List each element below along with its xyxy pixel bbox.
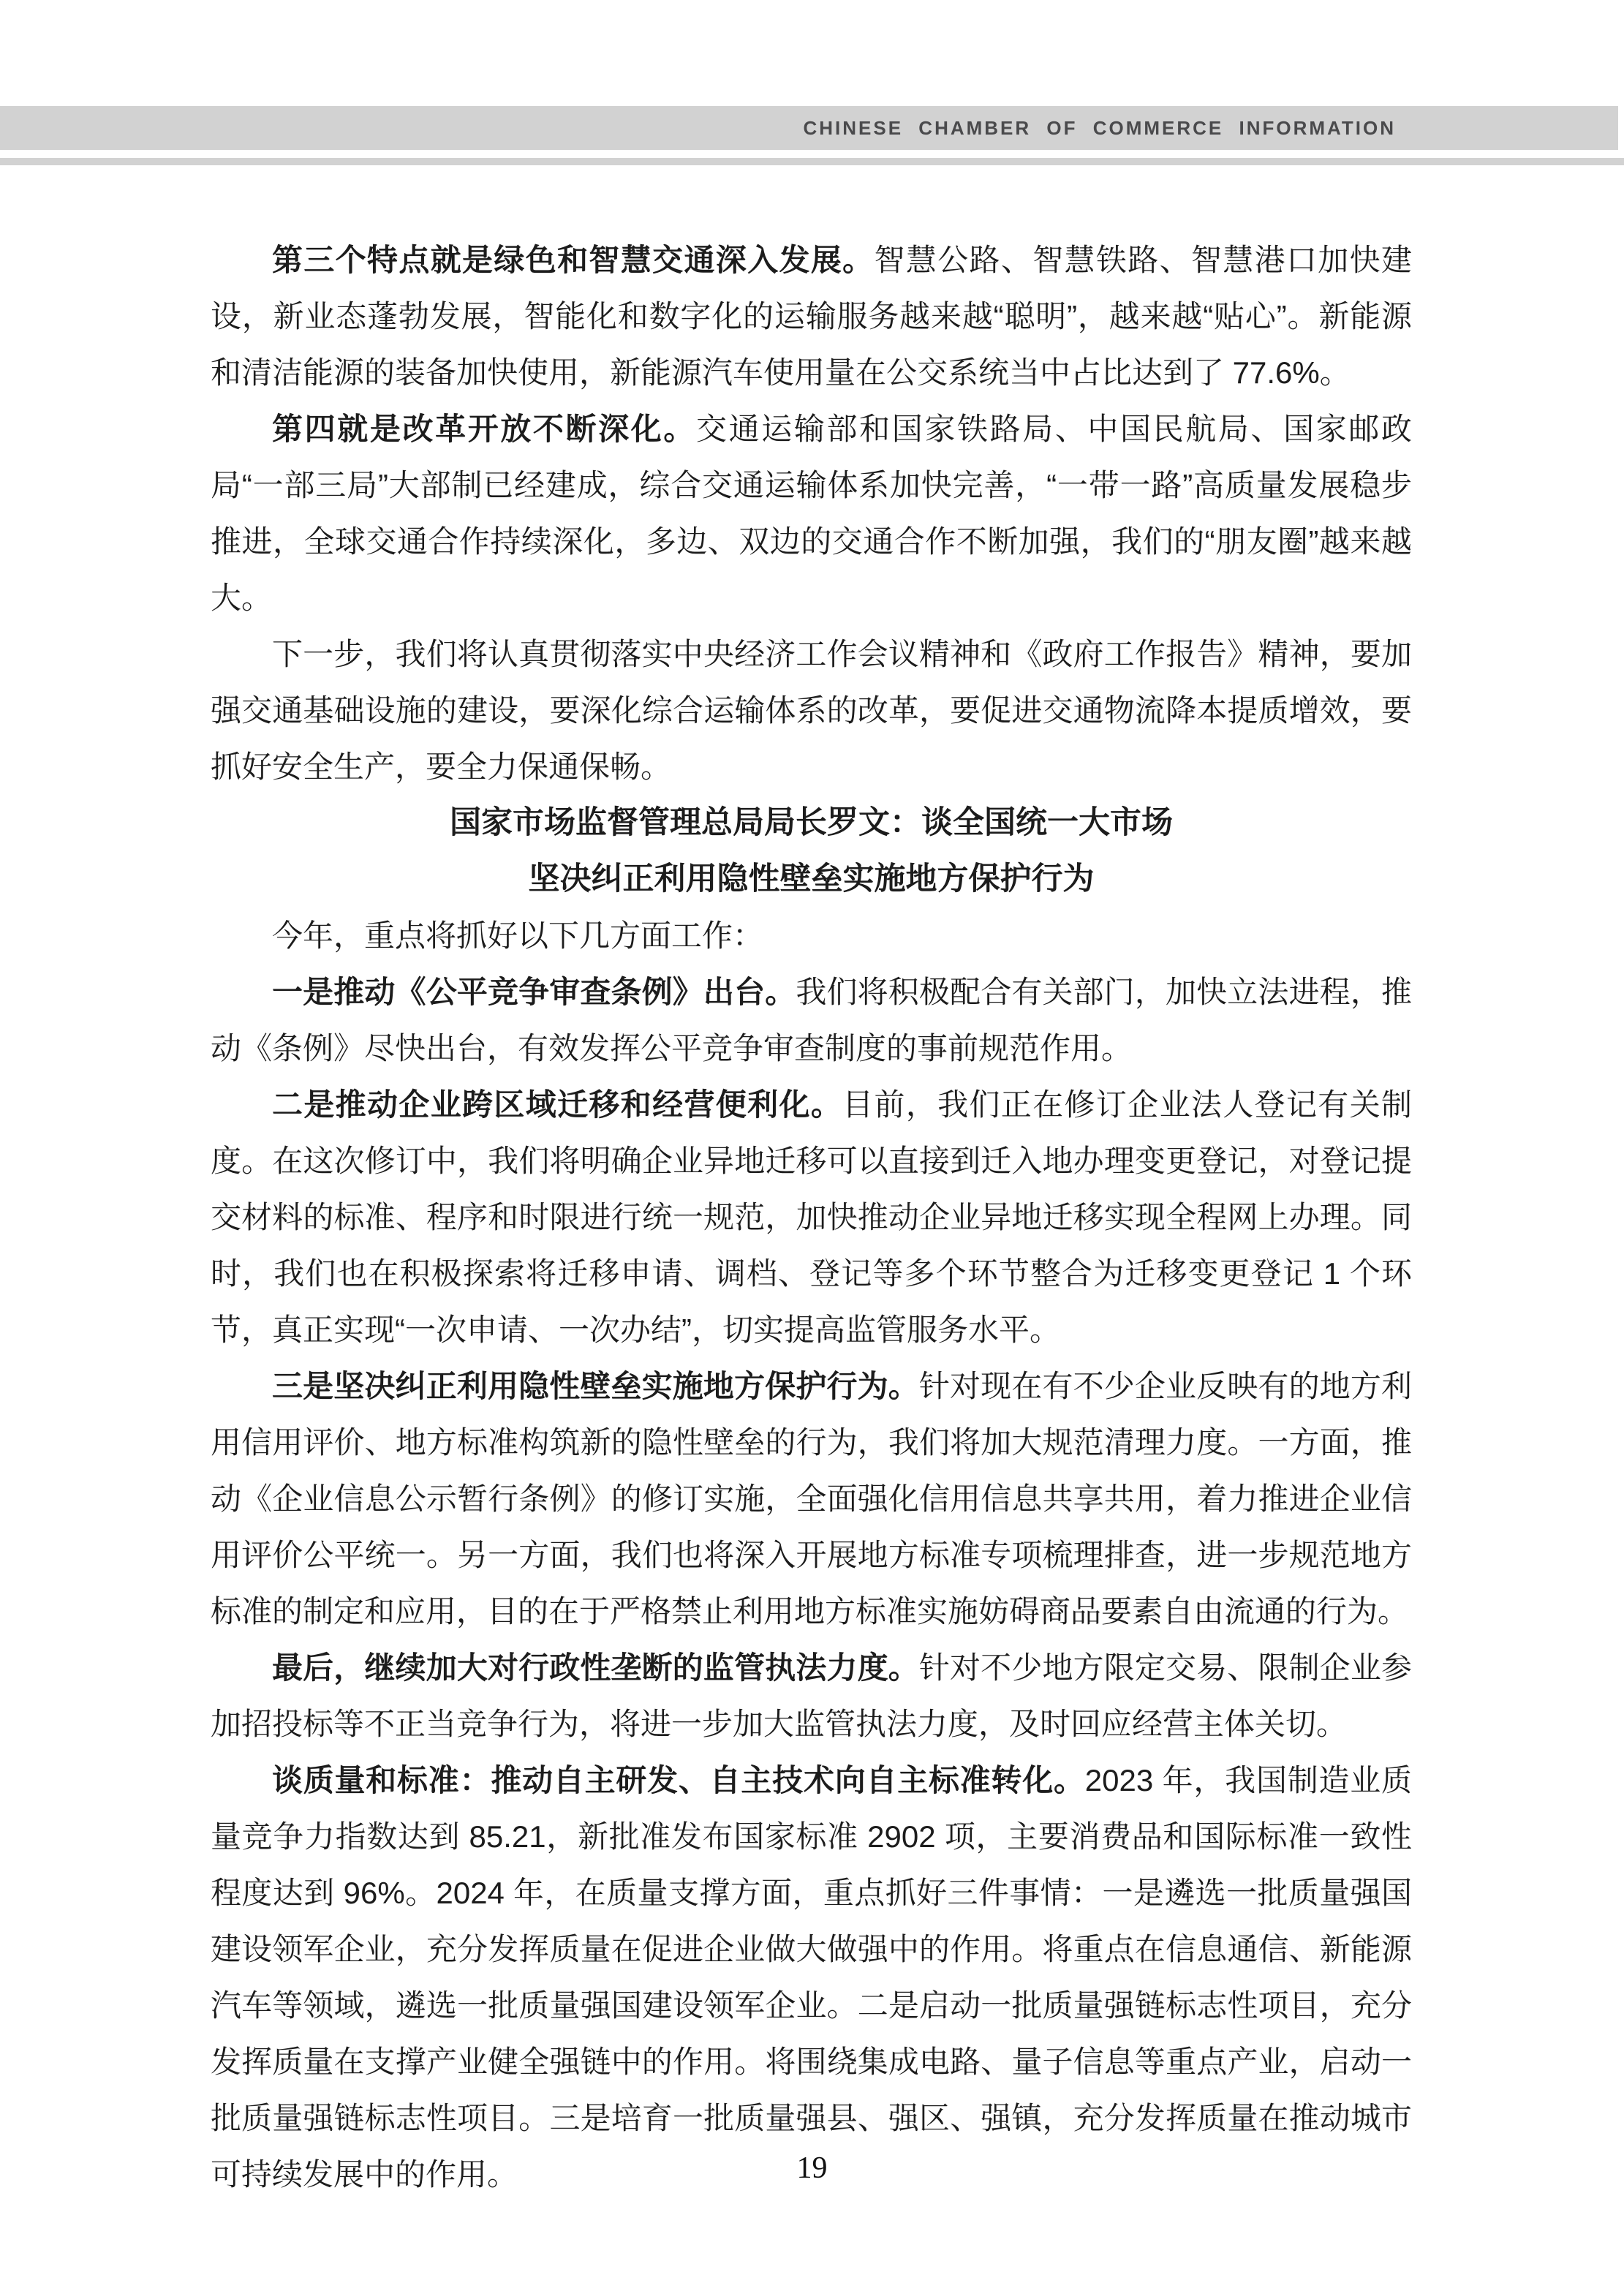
paragraph: 第四就是改革开放不断深化。交通运输部和国家铁路局、中国民航局、国家邮政局“一部三… xyxy=(211,401,1412,626)
header-banner-inner: CHINESE CHAMBER OF COMMERCE INFORMATION xyxy=(803,106,1396,150)
header-banner-title: CHINESE CHAMBER OF COMMERCE INFORMATION xyxy=(803,117,1396,140)
paragraph-text: 下一步，我们将认真贯彻落实中央经济工作会议精神和《政府工作报告》精神，要加强交通… xyxy=(211,637,1412,784)
paragraph-text: 2023 年，我国制造业质量竞争力指数达到 85.21，新批准发布国家标准 29… xyxy=(211,1763,1412,2192)
paragraph: 下一步，我们将认真贯彻落实中央经济工作会议精神和《政府工作报告》精神，要加强交通… xyxy=(211,626,1412,795)
paragraph: 第三个特点就是绿色和智慧交通深入发展。智慧公路、智慧铁路、智慧港口加快建设，新业… xyxy=(211,232,1412,401)
paragraph-lead: 第三个特点就是绿色和智慧交通深入发展。 xyxy=(272,243,875,277)
document-page: CHINESE CHAMBER OF COMMERCE INFORMATION … xyxy=(0,0,1624,2272)
paragraph: 三是坚决纠正利用隐性壁垒实施地方保护行为。针对现在有不少企业反映有的地方利用信用… xyxy=(211,1358,1412,1639)
document-body: 第三个特点就是绿色和智慧交通深入发展。智慧公路、智慧铁路、智慧港口加快建设，新业… xyxy=(211,232,1412,2203)
paragraph: 一是推动《公平竞争审查条例》出台。我们将积极配合有关部门，加快立法进程，推动《条… xyxy=(211,964,1412,1076)
paragraph-lead: 谈质量和标准：推动自主研发、自主技术向自主标准转化。 xyxy=(272,1763,1085,1797)
paragraph: 谈质量和标准：推动自主研发、自主技术向自主标准转化。2023 年，我国制造业质量… xyxy=(211,1752,1412,2203)
article-title-line-2: 坚决纠正利用隐性壁垒实施地方保护行为 xyxy=(211,851,1412,907)
paragraph-text: 针对现在有不少企业反映有的地方利用信用评价、地方标准构筑新的隐性壁垒的行为，我们… xyxy=(211,1369,1412,1628)
paragraph: 最后，继续加大对行政性垄断的监管执法力度。针对不少地方限定交易、限制企业参加招投… xyxy=(211,1639,1412,1752)
header-banner: CHINESE CHAMBER OF COMMERCE INFORMATION xyxy=(0,106,1618,150)
paragraph: 二是推动企业跨区域迁移和经营便利化。目前，我们正在修订企业法人登记有关制度。在这… xyxy=(211,1076,1412,1358)
paragraph-lead: 三是坚决纠正利用隐性壁垒实施地方保护行为。 xyxy=(272,1369,919,1403)
paragraph-text: 目前，我们正在修订企业法人登记有关制度。在这次修订中，我们将明确企业异地迁移可以… xyxy=(211,1087,1412,1347)
page-number: 19 xyxy=(0,2151,1624,2185)
paragraph-lead: 二是推动企业跨区域迁移和经营便利化。 xyxy=(272,1087,842,1122)
paragraph-lead: 最后，继续加大对行政性垄断的监管执法力度。 xyxy=(272,1650,919,1685)
header-rule xyxy=(0,158,1624,165)
article-title-line-1: 国家市场监督管理总局局长罗文：谈全国统一大市场 xyxy=(211,795,1412,851)
paragraph-text: 今年，重点将抓好以下几方面工作： xyxy=(272,918,763,953)
paragraph-lead: 第四就是改革开放不断深化。 xyxy=(272,412,696,446)
paragraph: 今年，重点将抓好以下几方面工作： xyxy=(211,907,1412,964)
paragraph-lead: 一是推动《公平竞争审查条例》出台。 xyxy=(272,975,796,1009)
